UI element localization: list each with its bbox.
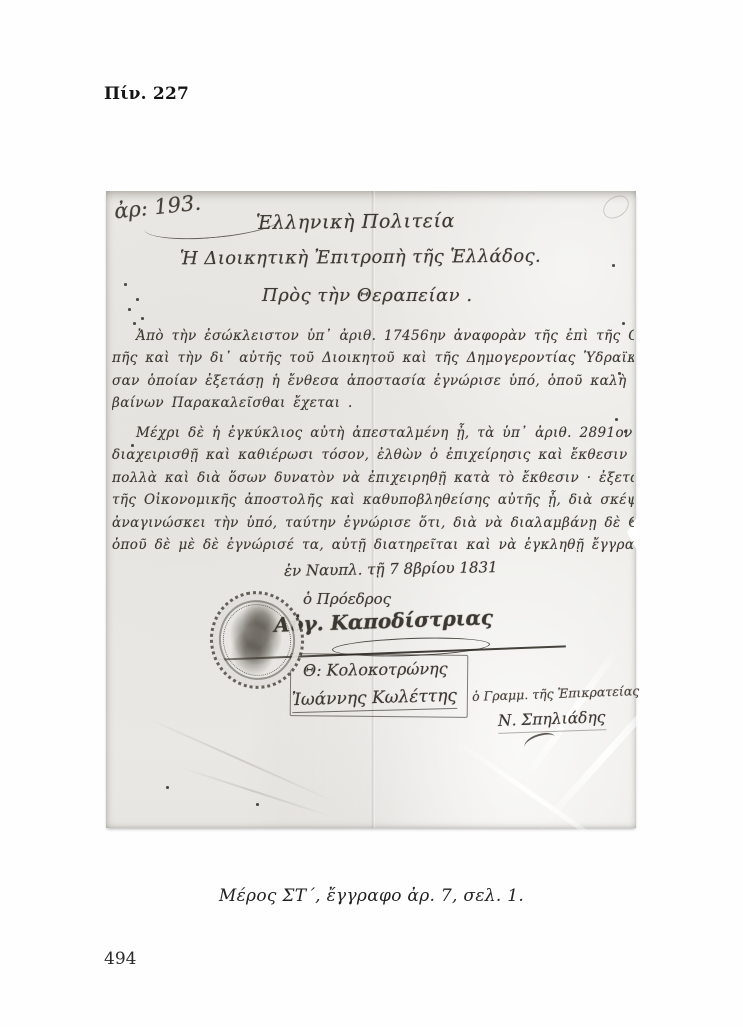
handwritten-line: ἀναγινώσκει τὴν ὑπό, ταύτην ἐγνώρισε ὅτι… bbox=[112, 512, 634, 534]
paper-crease bbox=[180, 766, 333, 817]
secretary-title: ὁ Γραμμ. τῆς Ἐπικρατείας bbox=[472, 683, 640, 704]
paper-crease bbox=[145, 716, 337, 803]
handwritten-line: πολλὰ καὶ διὰ ὅσων δυνατὸν νὰ ἐπιχειρηθῇ… bbox=[112, 467, 634, 489]
ink-speck bbox=[166, 786, 169, 789]
ink-speck bbox=[141, 317, 144, 320]
handwritten-line: διαχειρισθῇ καὶ καθιέρωσι τόσον, ἐλθὼν ὁ… bbox=[112, 444, 634, 466]
page-number: 494 bbox=[104, 949, 136, 969]
handwritten-line: Ἀπὸ τὴν ἐσώκλειστον ὑπ᾿ ἀριθ. 17456ην ἀν… bbox=[112, 325, 634, 347]
ink-speck bbox=[128, 308, 131, 311]
handwritten-line: ὁποῦ δὲ μὲ δὲ ἐγνώρισέ τα, αὐτῇ διατηρεῖ… bbox=[112, 534, 634, 556]
ink-speck bbox=[612, 264, 615, 267]
document-recipient-line: Πρὸς τὴν Θεραπείαν . bbox=[262, 285, 473, 306]
signature-member-2: Ἰωάννης Κωλέττης bbox=[292, 686, 457, 713]
handwritten-line: Μέχρι δὲ ἡ ἐγκύκλιος αὐτὴ ἀπεσταλμένη ᾖ,… bbox=[112, 422, 634, 444]
watermark-mark bbox=[599, 191, 633, 223]
date-line: ἐν Ναυπλ. τῇ 7 8βρίου 1831 bbox=[284, 558, 498, 580]
signature-secretary: Ν. Σπηλιάδης bbox=[498, 708, 606, 734]
ink-speck bbox=[256, 803, 259, 806]
handwritten-line: τῆς Οἰκονομικῆς ἀποστολῆς καὶ καθυποβληθ… bbox=[112, 489, 634, 511]
figure-caption: Μέρος ΣΤ΄, ἔγγραφο ἀρ. 7, σελ. 1. bbox=[0, 886, 743, 906]
document-sender-line: Ἡ Διοικητικὴ Ἐπιτροπὴ τῆς Ἑλλάδος. bbox=[180, 246, 541, 270]
signature-member-1: Θ: Κολοκοτρώνης bbox=[303, 659, 448, 680]
president-title: ὁ Πρόεδρος bbox=[303, 590, 391, 608]
paper-crease bbox=[452, 737, 611, 850]
handwritten-line: σαν ὁποίαν ἐξετάσῃ ἡ ἔνθεσα ἀποστασία ἐγ… bbox=[112, 370, 634, 392]
ink-speck bbox=[136, 298, 139, 301]
book-page: Πίν. 227 ἀρ: 193. Ἑλληνικὴ Πολιτεία Ἡ Δι… bbox=[0, 0, 743, 1027]
signature-president: Αὐγ. Καποδίστριας bbox=[274, 605, 494, 637]
body-paragraph-2: Μέχρι δὲ ἡ ἐγκύκλιος αὐτὴ ἀπεσταλμένη ᾖ,… bbox=[112, 422, 634, 556]
document-title: Ἑλληνικὴ Πολιτεία bbox=[256, 210, 455, 234]
plate-label: Πίν. 227 bbox=[104, 84, 189, 104]
document-scan: ἀρ: 193. Ἑλληνικὴ Πολιτεία Ἡ Διοικητικὴ … bbox=[106, 191, 636, 828]
handwritten-line: βαίνων Παρακαλεῖσθαι ἔχεται . bbox=[112, 392, 634, 414]
ink-speck bbox=[615, 418, 618, 421]
handwritten-line: πῆς καὶ τὴν δι᾿ αὐτῆς τοῦ Διοικητοῦ καὶ … bbox=[112, 347, 634, 369]
ink-speck bbox=[124, 283, 127, 286]
seal-inner-ring bbox=[216, 598, 297, 683]
body-paragraph-1: Ἀπὸ τὴν ἐσώκλειστον ὑπ᾿ ἀριθ. 17456ην ἀν… bbox=[112, 325, 634, 415]
